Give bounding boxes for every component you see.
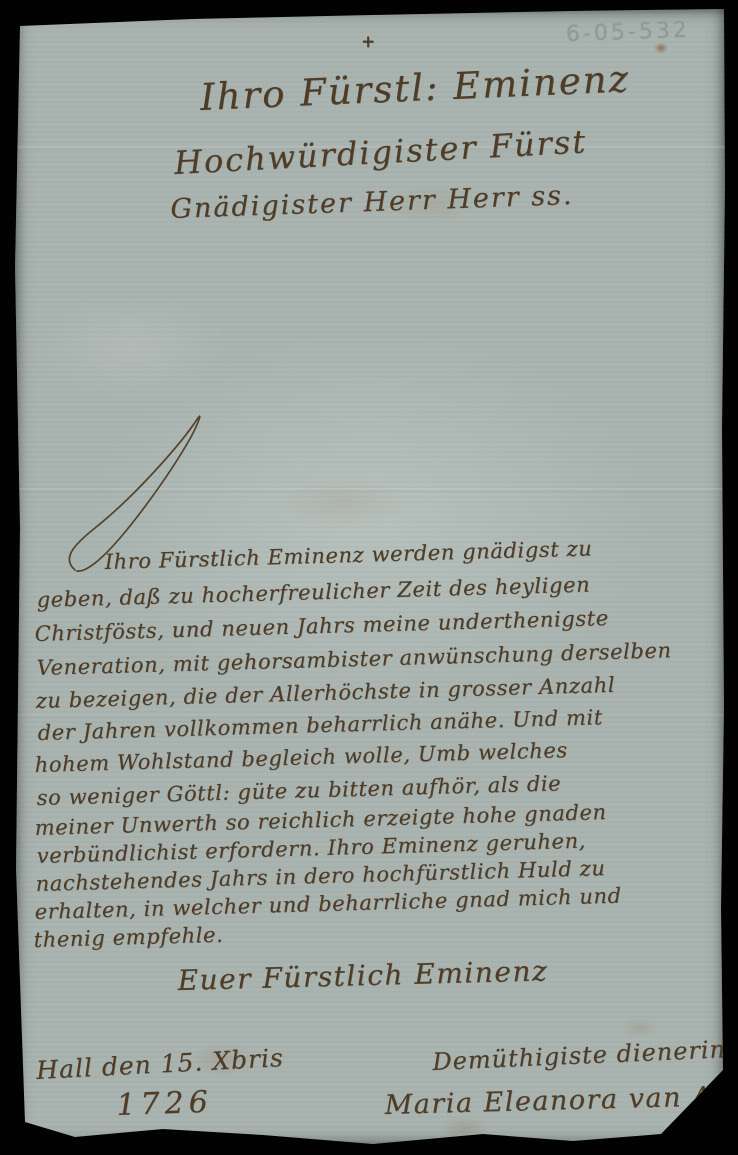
body-line: geben, daß zu hocherfreulicher Zeit des … — [36, 573, 590, 612]
dateline-place: Hall den 15. Xbris — [35, 1043, 284, 1085]
body-line: hohem Wohlstand begleich wolle, Umb welc… — [34, 738, 568, 777]
heading-line-2: Hochwürdigister Fürst — [173, 122, 588, 182]
fold-crease — [13, 488, 725, 492]
heading-line-1: Ihro Fürstl: Eminenz — [199, 57, 631, 119]
archive-number: 6-05-532 — [566, 18, 691, 47]
signature-name: Maria Eleanora van Arco — [384, 1080, 738, 1121]
body-line: Ihro Fürstlich Eminenz werden gnädigst z… — [104, 536, 592, 574]
body-line: thenig empfehle. — [33, 923, 223, 952]
document-paper: 6-05-532 + Ihro Fürstl: Eminenz Hochwürd… — [13, 8, 725, 1148]
signature-role: Demüthigiste dienerin — [432, 1035, 727, 1076]
invocation-cross: + — [361, 32, 375, 52]
scan-background: 6-05-532 + Ihro Fürstl: Eminenz Hochwürd… — [0, 0, 738, 1155]
heading-line-3: Gnädigister Herr Herr ss. — [170, 180, 574, 225]
body-line: Christfösts, und neuen Jahrs meine under… — [34, 606, 609, 646]
closing-salutation: Euer Fürstlich Eminenz — [177, 954, 548, 997]
dateline-year: 1726 — [116, 1085, 214, 1123]
